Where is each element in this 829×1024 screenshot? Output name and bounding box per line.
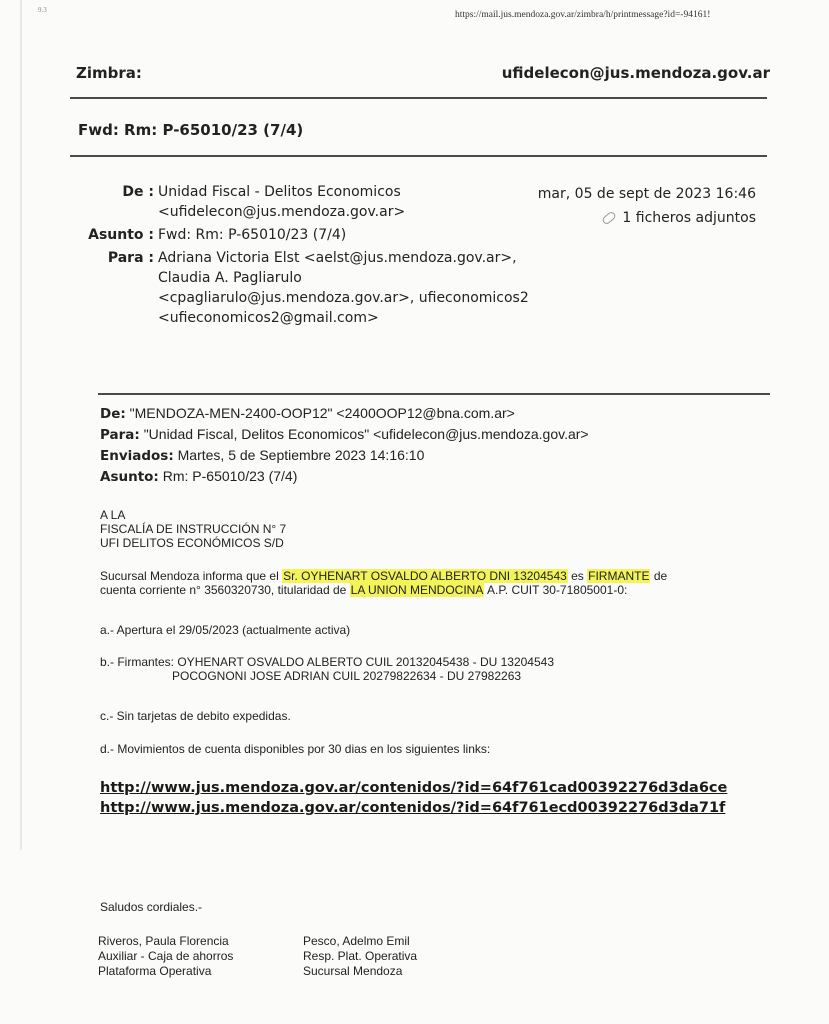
from-label: De : [80, 182, 158, 222]
header-from: De : Unidad Fiscal - Delitos Economicos … [80, 182, 529, 222]
movement-link-1[interactable]: http://www.jus.mendoza.gov.ar/contenidos… [100, 778, 727, 798]
fwd-subject: Asunto: Rm: P-65010/23 (7/4) [100, 466, 589, 487]
page-edge [20, 0, 22, 850]
signature-left: Riveros, Paula Florencia Auxiliar - Caja… [98, 934, 233, 979]
header-to: Para : Adriana Victoria Elst <aelst@jus.… [80, 248, 529, 328]
print-url: https://mail.jus.mendoza.gov.ar/zimbra/h… [455, 10, 710, 20]
divider [98, 393, 770, 395]
fwd-subject-label: Asunto: [100, 469, 159, 485]
addressee-block: A LA FISCALÍA DE INSTRUCCIÓN N° 7 UFI DE… [100, 508, 286, 550]
highlight-name: Sr. OYHENART OSVALDO ALBERTO DNI 1320454… [282, 569, 568, 583]
divider [70, 155, 767, 157]
to-line: Adriana Victoria Elst <aelst@jus.mendoza… [158, 248, 529, 268]
fwd-from: De: "MENDOZA-MEN-2400-OOP12" <2400OOP12@… [100, 403, 589, 424]
addressee-line: A LA [100, 508, 286, 522]
fwd-sent-label: Enviados: [100, 448, 174, 464]
fwd-from-value: "MENDOZA-MEN-2400-OOP12" <2400OOP12@bna.… [130, 405, 515, 421]
fwd-to-label: Para: [100, 427, 140, 443]
to-line: <ufieconomicos2@gmail.com> [158, 308, 529, 328]
divider [70, 97, 767, 99]
highlight-role: FIRMANTE [587, 569, 650, 583]
addressee-line: FISCALÍA DE INSTRUCCIÓN N° 7 [100, 522, 286, 536]
fwd-subject-value: Rm: P-65010/23 (7/4) [163, 468, 298, 484]
signature-role: Auxiliar - Caja de ahorros [98, 949, 233, 964]
signature-name: Pesco, Adelmo Emil [303, 934, 417, 949]
item-b-line2: POCOGNONI JOSE ADRIAN CUIL 20279822634 -… [100, 669, 554, 683]
attachments-count: 1 ficheros adjuntos [622, 210, 756, 226]
from-email: <ufidelecon@jus.mendoza.gov.ar> [158, 202, 405, 222]
fwd-sent-value: Martes, 5 de Septiembre 2023 14:16:10 [178, 447, 425, 463]
message-headers: De : Unidad Fiscal - Delitos Economicos … [80, 182, 529, 331]
app-name: Zimbra: [76, 64, 142, 82]
header-subject: Asunto : Fwd: Rm: P-65010/23 (7/4) [80, 225, 529, 245]
forwarded-headers: De: "MENDOZA-MEN-2400-OOP12" <2400OOP12@… [100, 403, 589, 487]
item-b-line1: b.- Firmantes: OYHENART OSVALDO ALBERTO … [100, 655, 554, 669]
corner-mark: 9.3 [38, 6, 47, 14]
item-b: b.- Firmantes: OYHENART OSVALDO ALBERTO … [100, 655, 554, 683]
fwd-to-value: "Unidad Fiscal, Delitos Economicos" <ufi… [144, 426, 589, 442]
to-label: Para : [80, 248, 158, 328]
zimbra-header: Zimbra: ufidelecon@jus.mendoza.gov.ar [76, 64, 770, 82]
movement-link-2[interactable]: http://www.jus.mendoza.gov.ar/contenidos… [100, 798, 727, 818]
signature-dept: Sucursal Mendoza [303, 964, 417, 979]
to-line: <cpagliarulo@jus.mendoza.gov.ar>, ufieco… [158, 288, 529, 308]
fwd-sent: Enviados: Martes, 5 de Septiembre 2023 1… [100, 445, 589, 466]
informa-paragraph: Sucursal Mendoza informa que el Sr. OYHE… [100, 569, 667, 597]
movement-links: http://www.jus.mendoza.gov.ar/contenidos… [100, 778, 727, 818]
highlight-company: LA UNION MENDOCINA [350, 583, 485, 597]
signature-role: Resp. Plat. Operativa [303, 949, 417, 964]
attachments-link[interactable]: 1 ficheros adjuntos [538, 206, 756, 230]
signature-name: Riveros, Paula Florencia [98, 934, 233, 949]
item-c: c.- Sin tarjetas de debito expedidas. [100, 709, 291, 723]
fwd-from-label: De: [100, 406, 126, 422]
addressee-line: UFI DELITOS ECONÓMICOS S/D [100, 536, 286, 550]
to-line: Claudia A. Pagliarulo [158, 268, 529, 288]
signature-dept: Plataforma Operativa [98, 964, 233, 979]
paperclip-icon [601, 210, 617, 225]
from-name: Unidad Fiscal - Delitos Economicos [158, 182, 405, 202]
signature-right: Pesco, Adelmo Emil Resp. Plat. Operativa… [303, 934, 417, 979]
fwd-to: Para: "Unidad Fiscal, Delitos Economicos… [100, 424, 589, 445]
closing: Saludos cordiales.- [100, 900, 202, 914]
message-date: mar, 05 de sept de 2023 16:46 [538, 182, 756, 206]
item-d: d.- Movimientos de cuenta disponibles po… [100, 742, 490, 756]
subject-label: Asunto : [80, 225, 158, 245]
subject-value: Fwd: Rm: P-65010/23 (7/4) [158, 225, 346, 245]
account-email: ufidelecon@jus.mendoza.gov.ar [502, 64, 770, 82]
message-title: Fwd: Rm: P-65010/23 (7/4) [78, 121, 303, 139]
message-meta: mar, 05 de sept de 2023 16:46 1 ficheros… [538, 182, 756, 230]
item-a: a.- Apertura el 29/05/2023 (actualmente … [100, 623, 350, 637]
